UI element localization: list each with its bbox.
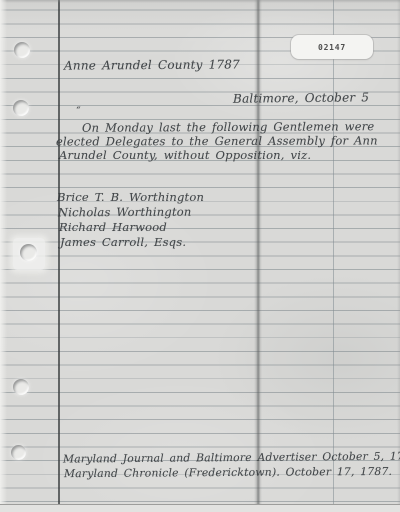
punch-hole bbox=[13, 379, 29, 395]
punch-hole bbox=[14, 42, 30, 58]
notebook-page-scan: 02147 Anne Arundel County 1787 Baltimore… bbox=[0, 0, 400, 512]
body-paragraph-line: On Monday last the following Gentlemen w… bbox=[82, 119, 374, 135]
delegate-name: Richard Harwood bbox=[59, 220, 167, 234]
paper-texture bbox=[0, 0, 400, 512]
page-heading: Anne Arundel County 1787 bbox=[64, 57, 240, 72]
punch-hole bbox=[20, 244, 37, 261]
body-paragraph-line: elected Delegates to the General Assembl… bbox=[56, 133, 378, 148]
body-paragraph-line: Arundel County, without Opposition, viz. bbox=[59, 148, 311, 162]
source-citation: Maryland Journal and Baltimore Advertise… bbox=[63, 449, 400, 465]
page-top-edge bbox=[0, 0, 400, 3]
stray-quote-mark: “ bbox=[76, 106, 81, 116]
catalog-number: 02147 bbox=[318, 43, 346, 52]
ruled-lines bbox=[0, 0, 400, 505]
punch-hole bbox=[11, 445, 26, 460]
margin-line bbox=[58, 0, 60, 505]
vertical-rule-line bbox=[333, 0, 334, 505]
page-bottom-edge bbox=[0, 504, 400, 512]
punch-hole bbox=[13, 100, 29, 116]
delegate-name: James Carroll, Esqs. bbox=[60, 235, 186, 249]
page-crease bbox=[254, 0, 262, 505]
delegate-name: Brice T. B. Worthington bbox=[57, 190, 204, 204]
delegate-name: Nicholas Worthington bbox=[58, 205, 192, 220]
page-left-edge bbox=[0, 0, 7, 512]
dateline: Baltimore, October 5 bbox=[233, 90, 369, 105]
source-citation: Maryland Chronicle (Fredericktown). Octo… bbox=[64, 465, 392, 480]
catalog-label-sticker: 02147 bbox=[291, 35, 373, 59]
